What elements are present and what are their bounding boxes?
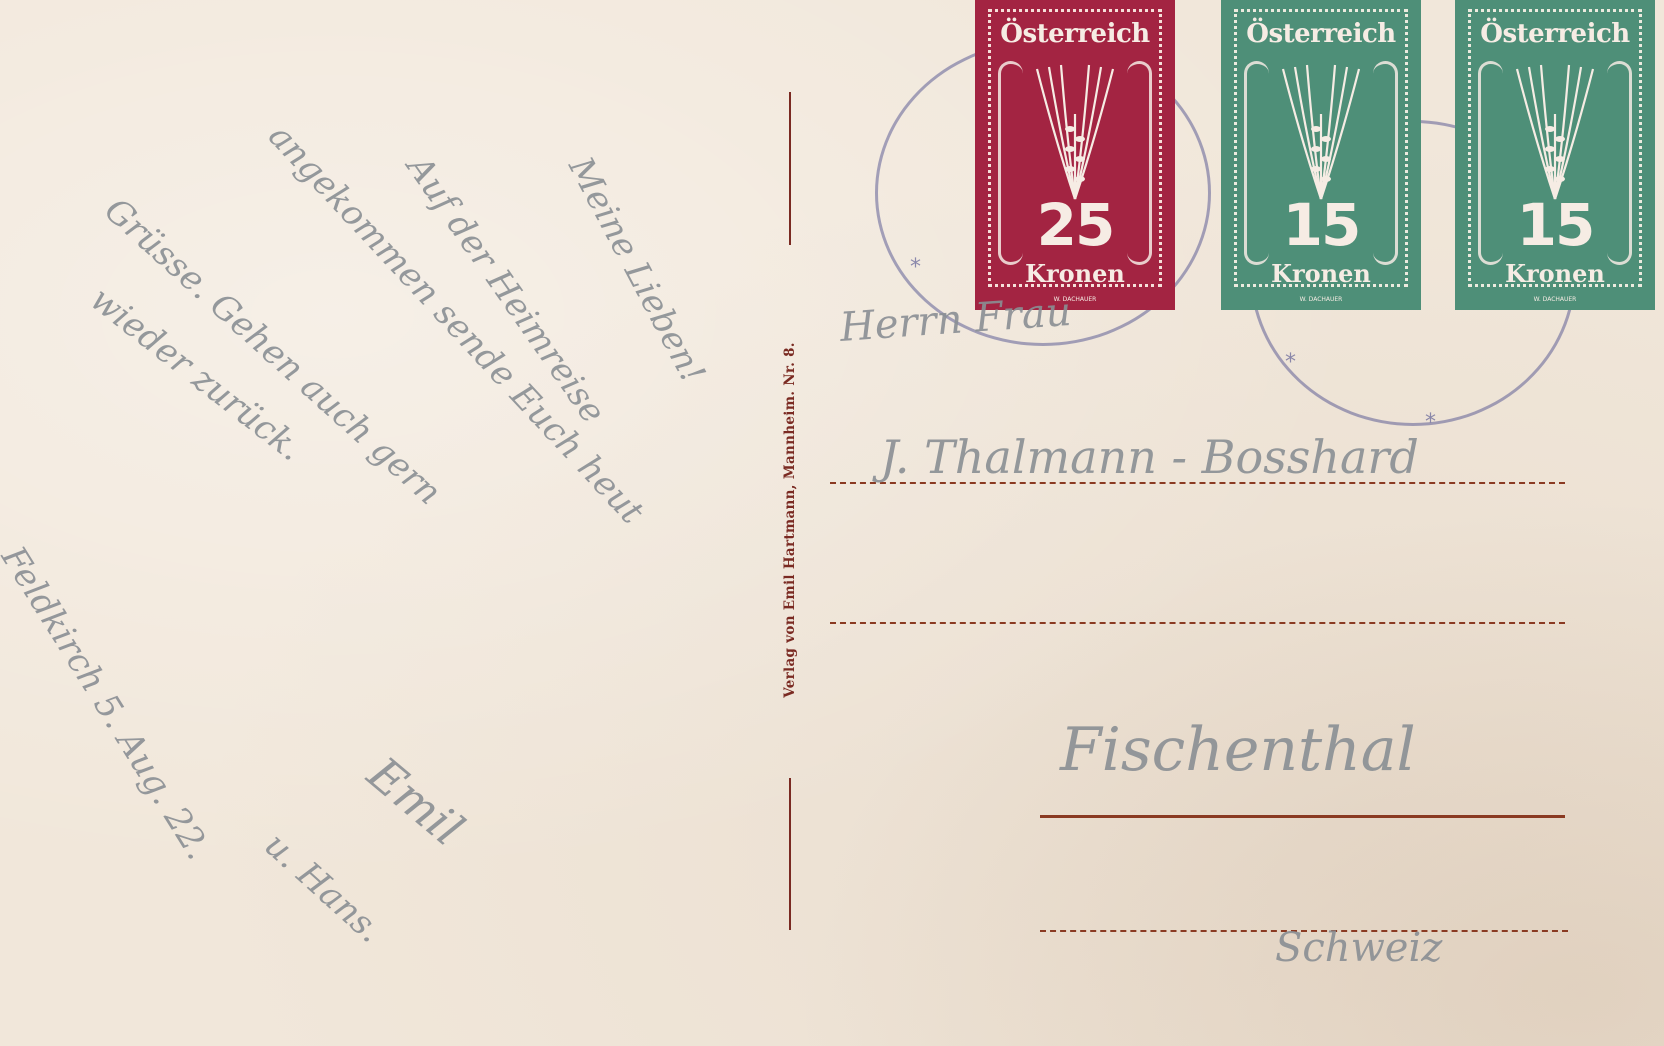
- stamp-currency: Kronen: [980, 259, 1170, 288]
- address-line-2: [830, 622, 1565, 624]
- address-line-3: [1040, 815, 1565, 818]
- stamp-currency: Kronen: [1460, 259, 1650, 288]
- stamp-15-kronen: Österreich 15 Kronen W. DACHAUER: [1455, 0, 1655, 310]
- stamp-country: Österreich: [1226, 19, 1416, 49]
- stamp-country: Österreich: [1460, 19, 1650, 49]
- stamp-15-kronen: Österreich 15 Kronen W. DACHAUER: [1221, 0, 1421, 310]
- divider-line-top: [789, 92, 791, 245]
- message-place-date: Feldkirch 5. Aug. 22.: [0, 539, 218, 866]
- postmark-star-icon: *: [1285, 350, 1296, 375]
- message-line-1: Meine Lieben!: [560, 151, 713, 390]
- wheat-ear-icon: [1271, 59, 1371, 209]
- message-signature-hans: u. Hans.: [257, 825, 390, 951]
- stamp-currency: Kronen: [1226, 259, 1416, 288]
- postcard-back: Meine Lieben! Auf der Heimreise angekomm…: [0, 0, 1664, 1046]
- postmark-star-icon: *: [1425, 410, 1436, 435]
- address-country: Schweiz: [1275, 925, 1442, 971]
- stamp-25-kronen: Österreich 25 Kronen W. DACHAUER: [975, 0, 1175, 310]
- postmark-star-icon: *: [910, 255, 921, 280]
- stamp-country: Österreich: [980, 19, 1170, 49]
- publisher-imprint: Verlag von Emil Hartmann, Mannheim. Nr. …: [782, 342, 798, 698]
- divider-line-bottom: [789, 778, 791, 930]
- message-signature-emil: Emil: [358, 746, 474, 856]
- wheat-ear-icon: [1025, 59, 1125, 209]
- stamp-imprint: W. DACHAUER: [1226, 296, 1416, 303]
- stamp-imprint: W. DACHAUER: [1460, 296, 1650, 303]
- wheat-ear-icon: [1505, 59, 1605, 209]
- address-town: Fischenthal: [1060, 715, 1416, 785]
- stamp-value: 25: [980, 191, 1170, 259]
- stamp-value: 15: [1226, 191, 1416, 259]
- stamp-value: 15: [1460, 191, 1650, 259]
- address-name: J. Thalmann - Bosshard: [880, 430, 1419, 484]
